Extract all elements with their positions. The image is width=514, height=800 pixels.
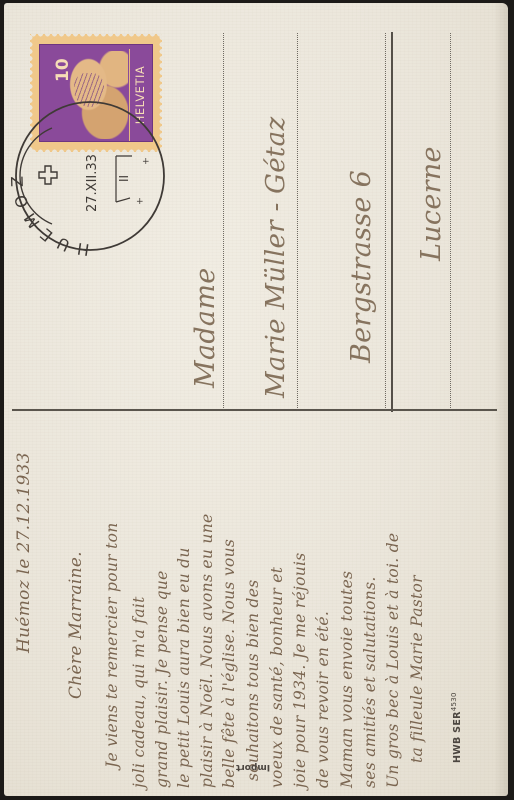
- message-line: joli cadeau, qui m'a fait: [130, 596, 148, 788]
- address-guide-line-4: [450, 33, 451, 410]
- postcard-back: 10 HELVETIA HUEMOZ 27.XII.33 II +: [4, 3, 508, 796]
- postmark-town: HUEMOZ: [7, 169, 90, 260]
- address-line-2: Marie Müller - Gétaz: [261, 117, 291, 398]
- postmark-hour: II: [117, 175, 131, 182]
- message-line: voeux de santé, bonheur et: [268, 567, 286, 788]
- message-line: souhaitons tous bien des: [244, 579, 262, 781]
- postage-stamp: 10 HELVETIA: [30, 34, 162, 152]
- stamp-country: HELVETIA: [133, 66, 147, 124]
- card-edge-shadow: [494, 3, 508, 796]
- message-line: Maman vous envoie toutes: [338, 571, 356, 788]
- message-line: de vous revoir en été.: [314, 611, 332, 788]
- message-line: ses amitiés et salutations.: [361, 576, 379, 788]
- stamp-country-panel: HELVETIA: [129, 49, 150, 141]
- publisher-name: HWB SER: [452, 711, 463, 763]
- message-line: Un gros bec à Louis et à toi. de: [384, 533, 402, 788]
- message-salutation: Chère Marraine.: [66, 551, 86, 699]
- address-line-4: Lucerne: [416, 146, 447, 261]
- address-line-3: Bergstrasse 6: [346, 170, 377, 363]
- message-place-date: Huémoz le 27.12.1933: [14, 452, 34, 653]
- message-signature: ta filleule Marie Pastor: [408, 575, 426, 763]
- address-line-1: Madame: [190, 267, 221, 388]
- message-line: Je viens te remercier pour ton: [103, 522, 121, 768]
- import-mark: Import: [236, 762, 270, 772]
- svg-text:HUEMOZ: HUEMOZ: [7, 169, 90, 260]
- message-line: plaisir à Noël. Nous avons eu une: [198, 514, 216, 788]
- publisher-serial: 4530: [450, 692, 458, 711]
- publisher-mark: HWB SER4530: [450, 692, 463, 763]
- address-guide-line-2: [297, 33, 298, 410]
- message-line: grand plaisir. Je pense que: [153, 570, 171, 788]
- address-guide-line-3: [385, 33, 386, 410]
- stamp-design: 10 HELVETIA: [39, 44, 153, 142]
- svg-text:+: +: [142, 157, 150, 167]
- horizontal-divider: [12, 409, 497, 411]
- address-guide-line-1: [223, 33, 224, 410]
- message-line: belle fête à l'église. Nous vous: [220, 539, 238, 788]
- stamp-value: 10: [53, 58, 73, 82]
- svg-text:+: +: [136, 197, 144, 207]
- vertical-divider: [391, 32, 393, 412]
- swiss-cross-icon: [39, 166, 57, 184]
- postmark-date: 27.XII.33: [85, 154, 100, 212]
- message-line: le petit Louis aura bien eu du: [175, 547, 193, 788]
- message-line: joie pour 1934. Je me réjouis: [291, 553, 309, 789]
